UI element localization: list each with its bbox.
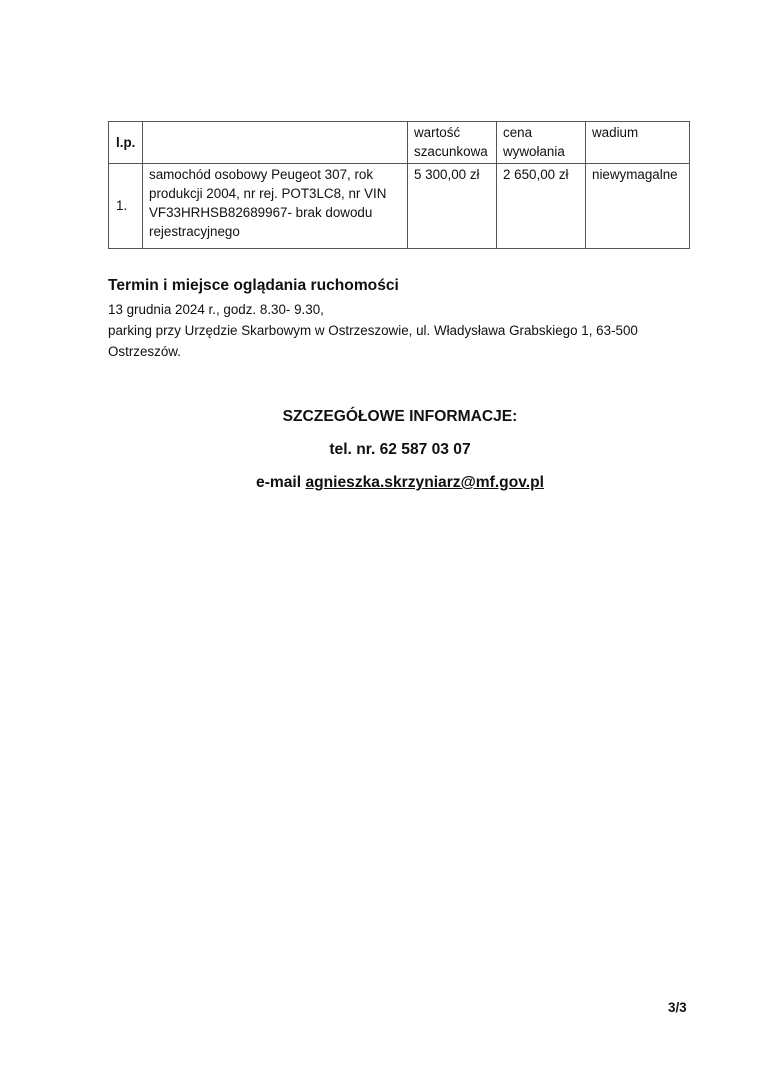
page-number: 3/3 xyxy=(668,1000,687,1015)
details-heading: SZCZEGÓŁOWE INFORMACJE: xyxy=(0,407,763,440)
header-starting-price: cenawywołania xyxy=(497,122,586,164)
viewing-date: 13 grudnia 2024 r., godz. 8.30- 9.30, xyxy=(108,299,708,320)
phone-number: tel. nr. 62 587 03 07 xyxy=(0,440,763,473)
header-description xyxy=(143,122,408,164)
header-lp: l.p. xyxy=(109,122,143,164)
table-row: 1. samochód osobowy Peugeot 307, rok pro… xyxy=(109,164,690,249)
email-line: e-mail agnieszka.skrzyniarz@mf.gov.pl xyxy=(0,473,763,506)
cell-description: samochód osobowy Peugeot 307, rok produk… xyxy=(143,164,408,249)
document-page: l.p. wartośćszacunkowa cenawywołania wad… xyxy=(0,0,763,1080)
cell-lp: 1. xyxy=(109,164,143,249)
viewing-section: Termin i miejsce oglądania ruchomości 13… xyxy=(108,276,708,362)
email-prefix: e-mail xyxy=(256,474,305,491)
cell-estimated-value: 5 300,00 zł xyxy=(408,164,497,249)
viewing-place: parking przy Urzędzie Skarbowym w Ostrze… xyxy=(108,320,708,362)
email-link[interactable]: agnieszka.skrzyniarz@mf.gov.pl xyxy=(305,474,544,491)
viewing-heading: Termin i miejsce oglądania ruchomości xyxy=(108,276,708,296)
header-estimated-value: wartośćszacunkowa xyxy=(408,122,497,164)
cell-starting-price: 2 650,00 zł xyxy=(497,164,586,249)
header-deposit: wadium xyxy=(586,122,690,164)
auction-items-table: l.p. wartośćszacunkowa cenawywołania wad… xyxy=(108,121,690,249)
table-header-row: l.p. wartośćszacunkowa cenawywołania wad… xyxy=(109,122,690,164)
details-section: SZCZEGÓŁOWE INFORMACJE: tel. nr. 62 587 … xyxy=(0,407,763,506)
cell-deposit: niewymagalne xyxy=(586,164,690,249)
